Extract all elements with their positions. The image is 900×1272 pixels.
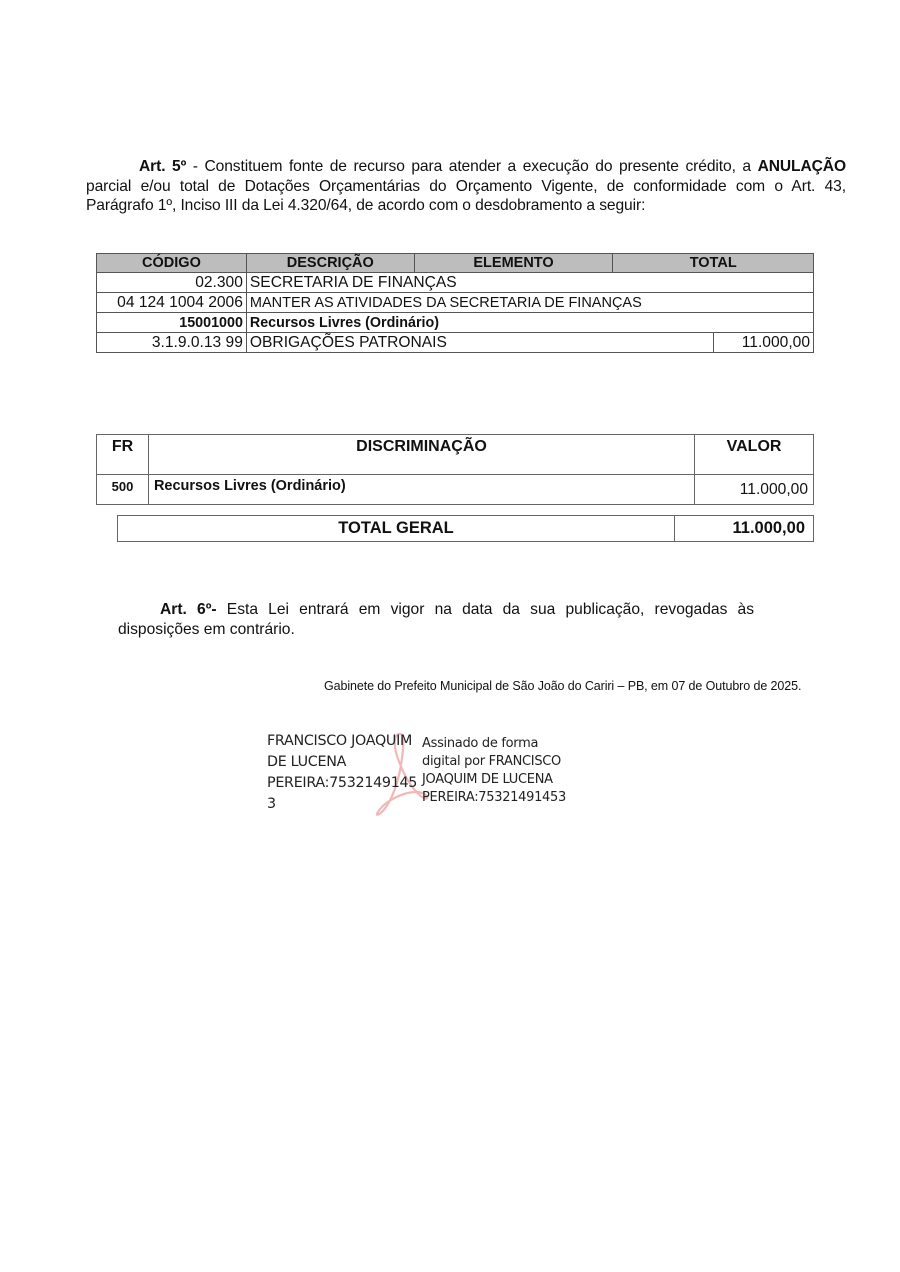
header-descricao: DESCRIÇÃO	[246, 254, 414, 273]
article-6-label: Art. 6º-	[160, 601, 217, 618]
signature-info-line: PEREIRA:75321491453	[422, 789, 566, 807]
signature-name-line: PEREIRA:7532149145	[267, 773, 417, 794]
table-row: 04 124 1004 2006 MANTER AS ATIVIDADES DA…	[97, 293, 814, 313]
signature-info-block: Assinado de forma digital por FRANCISCO …	[422, 735, 566, 807]
header-total: TOTAL	[613, 254, 814, 273]
row-code: 04 124 1004 2006	[97, 293, 247, 313]
row-code: 15001000	[97, 313, 247, 333]
row-description: Recursos Livres (Ordinário)	[246, 313, 813, 333]
row-description: SECRETARIA DE FINANÇAS	[246, 273, 813, 293]
article-5-text-1: - Constituem fonte de recurso para atend…	[186, 158, 757, 175]
header-codigo: CÓDIGO	[97, 254, 247, 273]
article-6-paragraph: Art. 6º- Esta Lei entrará em vigor na da…	[118, 600, 754, 639]
signature-name-line: 3	[267, 794, 417, 815]
signature-info-line: digital por FRANCISCO	[422, 753, 566, 771]
source-header-row: FR DISCRIMINAÇÃO VALOR	[97, 435, 814, 475]
dotation-table: CÓDIGO DESCRIÇÃO ELEMENTO TOTAL 02.300 S…	[96, 253, 814, 353]
article-5-text-2: parcial e/ou total de Dotações Orçamentá…	[86, 178, 846, 215]
total-geral-value: 11.000,00	[675, 516, 814, 542]
table-row: 02.300 SECRETARIA DE FINANÇAS	[97, 273, 814, 293]
row-description: MANTER AS ATIVIDADES DA SECRETARIA DE FI…	[246, 293, 813, 313]
total-geral-table: TOTAL GERAL 11.000,00	[117, 515, 814, 542]
article-5-label: Art. 5º	[139, 158, 186, 175]
header-elemento: ELEMENTO	[414, 254, 613, 273]
row-valor: 11.000,00	[695, 475, 814, 505]
total-geral-row: TOTAL GERAL 11.000,00	[118, 516, 814, 542]
source-table: FR DISCRIMINAÇÃO VALOR 500 Recursos Livr…	[96, 434, 814, 505]
row-fr: 500	[97, 475, 149, 505]
signature-info-line: Assinado de forma	[422, 735, 566, 753]
signature-name-block: FRANCISCO JOAQUIM DE LUCENA PEREIRA:7532…	[267, 731, 417, 815]
table-row: 3.1.9.0.13 99 OBRIGAÇÕES PATRONAIS 11.00…	[97, 333, 814, 353]
header-valor: VALOR	[695, 435, 814, 475]
signature-name-line: FRANCISCO JOAQUIM	[267, 731, 417, 752]
table-row: 15001000 Recursos Livres (Ordinário)	[97, 313, 814, 333]
anulacao-term: ANULAÇÃO	[758, 158, 846, 175]
header-discriminacao: DISCRIMINAÇÃO	[148, 435, 694, 475]
total-geral-label: TOTAL GERAL	[118, 516, 675, 542]
signature-name-line: DE LUCENA	[267, 752, 417, 773]
row-description: OBRIGAÇÕES PATRONAIS	[246, 333, 713, 353]
row-discriminacao: Recursos Livres (Ordinário)	[148, 475, 694, 505]
signature-info-line: JOAQUIM DE LUCENA	[422, 771, 566, 789]
header-fr: FR	[97, 435, 149, 475]
gabinete-date-line: Gabinete do Prefeito Municipal de São Jo…	[324, 679, 801, 693]
article-5-paragraph: Art. 5º - Constituem fonte de recurso pa…	[86, 157, 846, 216]
row-code: 3.1.9.0.13 99	[97, 333, 247, 353]
row-code: 02.300	[97, 273, 247, 293]
row-total: 11.000,00	[714, 333, 814, 353]
dotation-header-row: CÓDIGO DESCRIÇÃO ELEMENTO TOTAL	[97, 254, 814, 273]
table-row: 500 Recursos Livres (Ordinário) 11.000,0…	[97, 475, 814, 505]
